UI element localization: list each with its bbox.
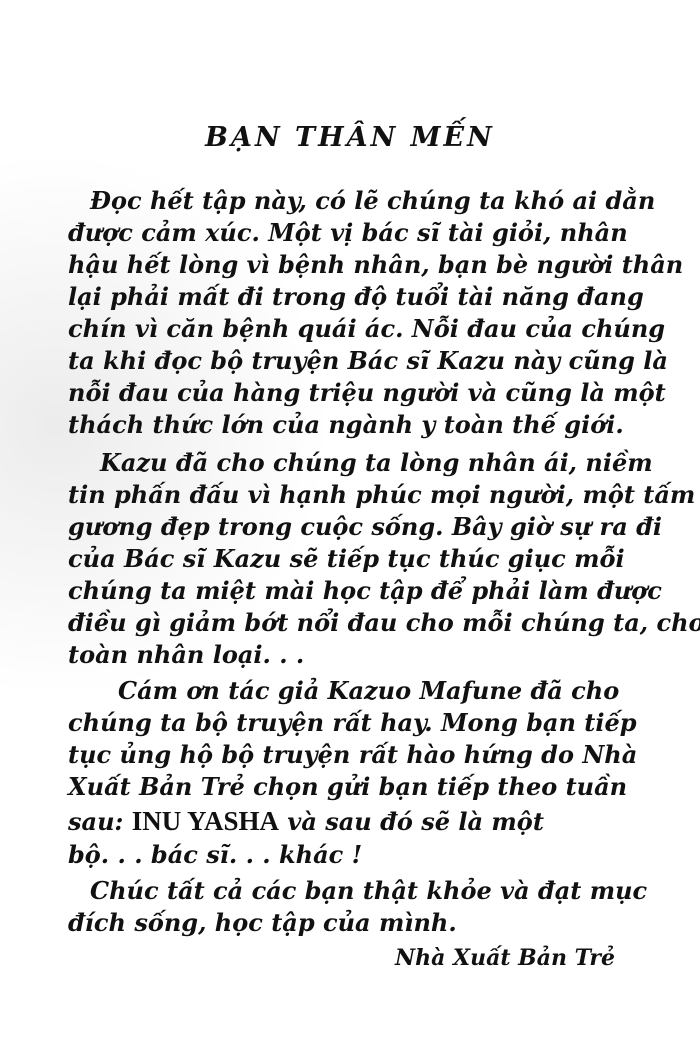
text-line: ta khi đọc bộ truyện Bác sĩ Kazu này cũn… xyxy=(68,346,668,378)
text-line: tục ủng hộ bộ truyện rất hào hứng do Nhà xyxy=(68,740,637,772)
text-segment: sau: xyxy=(68,807,132,836)
text-line: tin phấn đấu vì hạnh phúc mọi người, một… xyxy=(68,480,695,512)
text-line: Xuất Bản Trẻ chọn gửi bạn tiếp theo tuần xyxy=(68,772,627,804)
text-line: được cảm xúc. Một vị bác sĩ tài giỏi, nh… xyxy=(68,218,628,250)
text-line: Cám ơn tác giả Kazuo Mafune đã cho xyxy=(118,676,619,708)
text-line: điều gì giảm bớt nổi đau cho mỗi chúng t… xyxy=(68,608,700,640)
text-line: chín vì căn bệnh quái ác. Nỗi đau của ch… xyxy=(68,314,665,346)
text-line: thách thức lớn của ngành y toàn thế giới… xyxy=(68,410,624,442)
text-line: bộ. . . bác sĩ. . . khác ! xyxy=(68,840,362,872)
series-title-inu-yasha: INU YASHA xyxy=(132,806,279,836)
text-line: đích sống, học tập của mình. xyxy=(68,908,457,940)
text-line: Chúc tất cả các bạn thật khỏe và đạt mục xyxy=(90,876,647,908)
text-segment: và sau đó sẽ là một xyxy=(279,807,544,836)
document-page: BẠN THÂN MẾN Đọc hết tập này, có lẽ chún… xyxy=(0,0,700,1063)
text-line: nỗi đau của hàng triệu người và cũng là … xyxy=(68,378,666,410)
text-line: hậu hết lòng vì bệnh nhân, bạn bè người … xyxy=(68,250,683,282)
text-line: gương đẹp trong cuộc sống. Bây giờ sự ra… xyxy=(68,512,662,544)
text-line: chúng ta bộ truyện rất hay. Mong bạn tiế… xyxy=(68,708,637,740)
text-line: lại phải mất đi trong độ tuổi tài năng đ… xyxy=(68,282,644,314)
text-line: Kazu đã cho chúng ta lòng nhân ái, niềm xyxy=(100,448,653,480)
text-line: toàn nhân loại. . . xyxy=(68,640,304,672)
text-line: sau: INU YASHA và sau đó sẽ là một xyxy=(68,806,544,838)
text-line: chúng ta miệt mài học tập để phải làm đư… xyxy=(68,576,662,608)
text-line: Đọc hết tập này, có lẽ chúng ta khó ai d… xyxy=(90,186,655,218)
signature: Nhà Xuất Bản Trẻ xyxy=(395,945,615,971)
page-title: BẠN THÂN MẾN xyxy=(0,122,700,153)
text-line: của Bác sĩ Kazu sẽ tiếp tục thúc giục mỗ… xyxy=(68,544,625,576)
